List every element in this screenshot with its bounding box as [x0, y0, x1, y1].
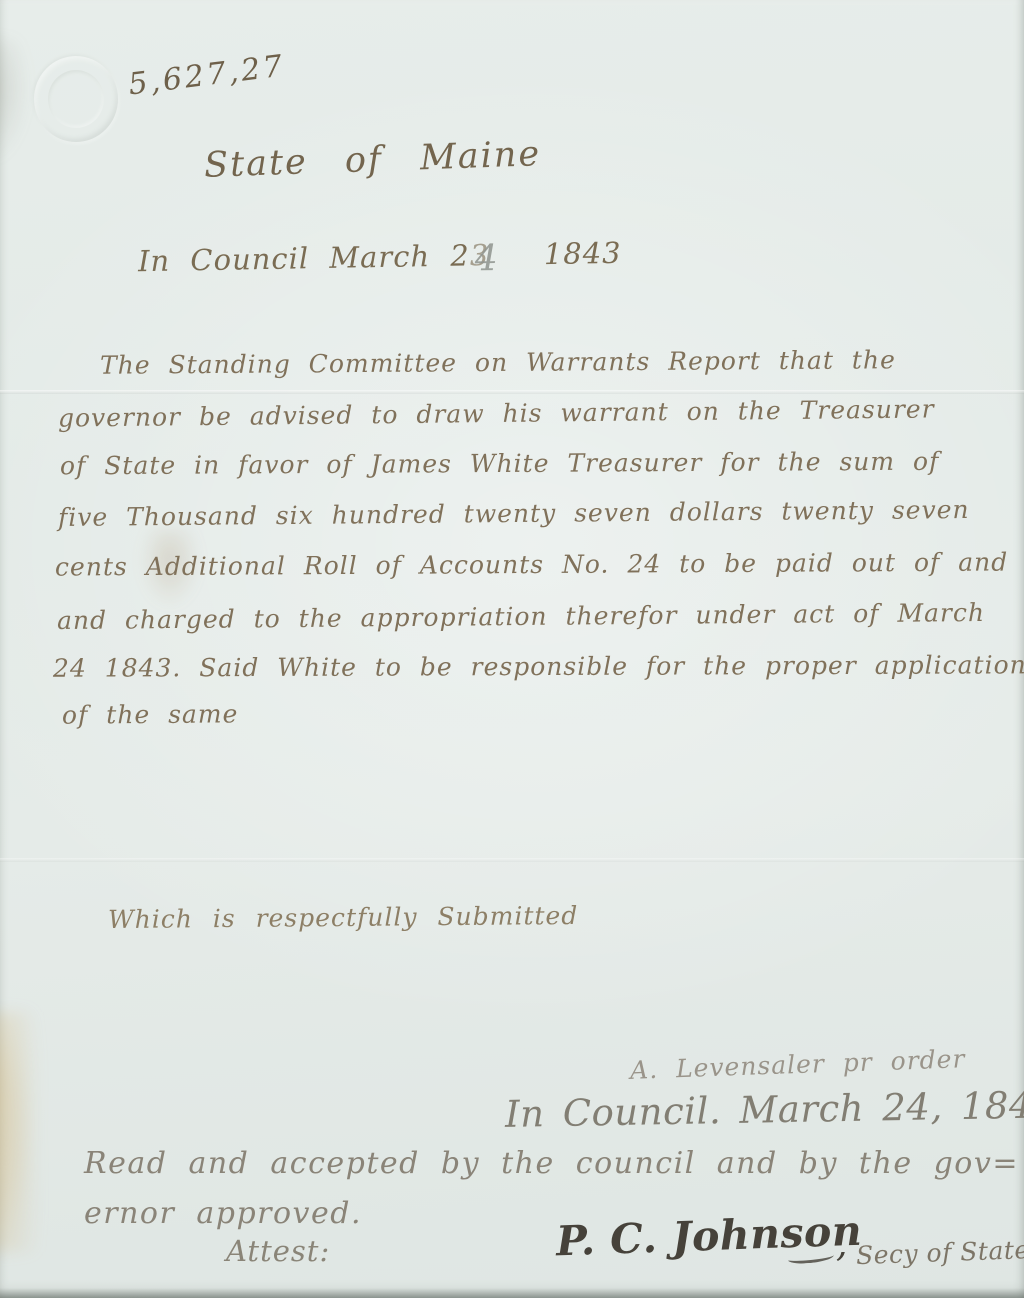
bottom-edge-shadow: [0, 1288, 1024, 1298]
manuscript-line: 24 1843. Said White to be responsible fo…: [53, 650, 1024, 682]
attest-label: Attest:: [226, 1234, 330, 1268]
council-date-line: In Council. March 24, 1843.: [505, 1083, 1024, 1136]
secretary-title: Secy of State.: [856, 1235, 1024, 1270]
acceptance-line: Read and accepted by the council and by …: [84, 1146, 1019, 1181]
pencil-overwrite-digit: 4: [475, 238, 500, 279]
manuscript-line: of the same: [62, 699, 239, 729]
scanned-manuscript: 5,627,27 State of Maine In Council March…: [0, 0, 1024, 1298]
corrected-day-digit: 34: [470, 238, 497, 272]
date-line-year: 1843: [543, 236, 621, 271]
manuscript-line: The Standing Committee on Warrants Repor…: [100, 345, 896, 380]
signature-comma: ,: [836, 1224, 847, 1265]
submission-line: Which is respectfully Submitted: [108, 901, 579, 934]
embossed-seal: [34, 56, 118, 142]
date-line-prefix: In Council March 2: [138, 238, 470, 278]
acceptance-line: ernor approved.: [84, 1196, 362, 1231]
manuscript-line: of State in favor of James White Treasur…: [60, 447, 939, 481]
manuscript-line: cents Additional Roll of Accounts No. 24…: [55, 548, 1008, 582]
